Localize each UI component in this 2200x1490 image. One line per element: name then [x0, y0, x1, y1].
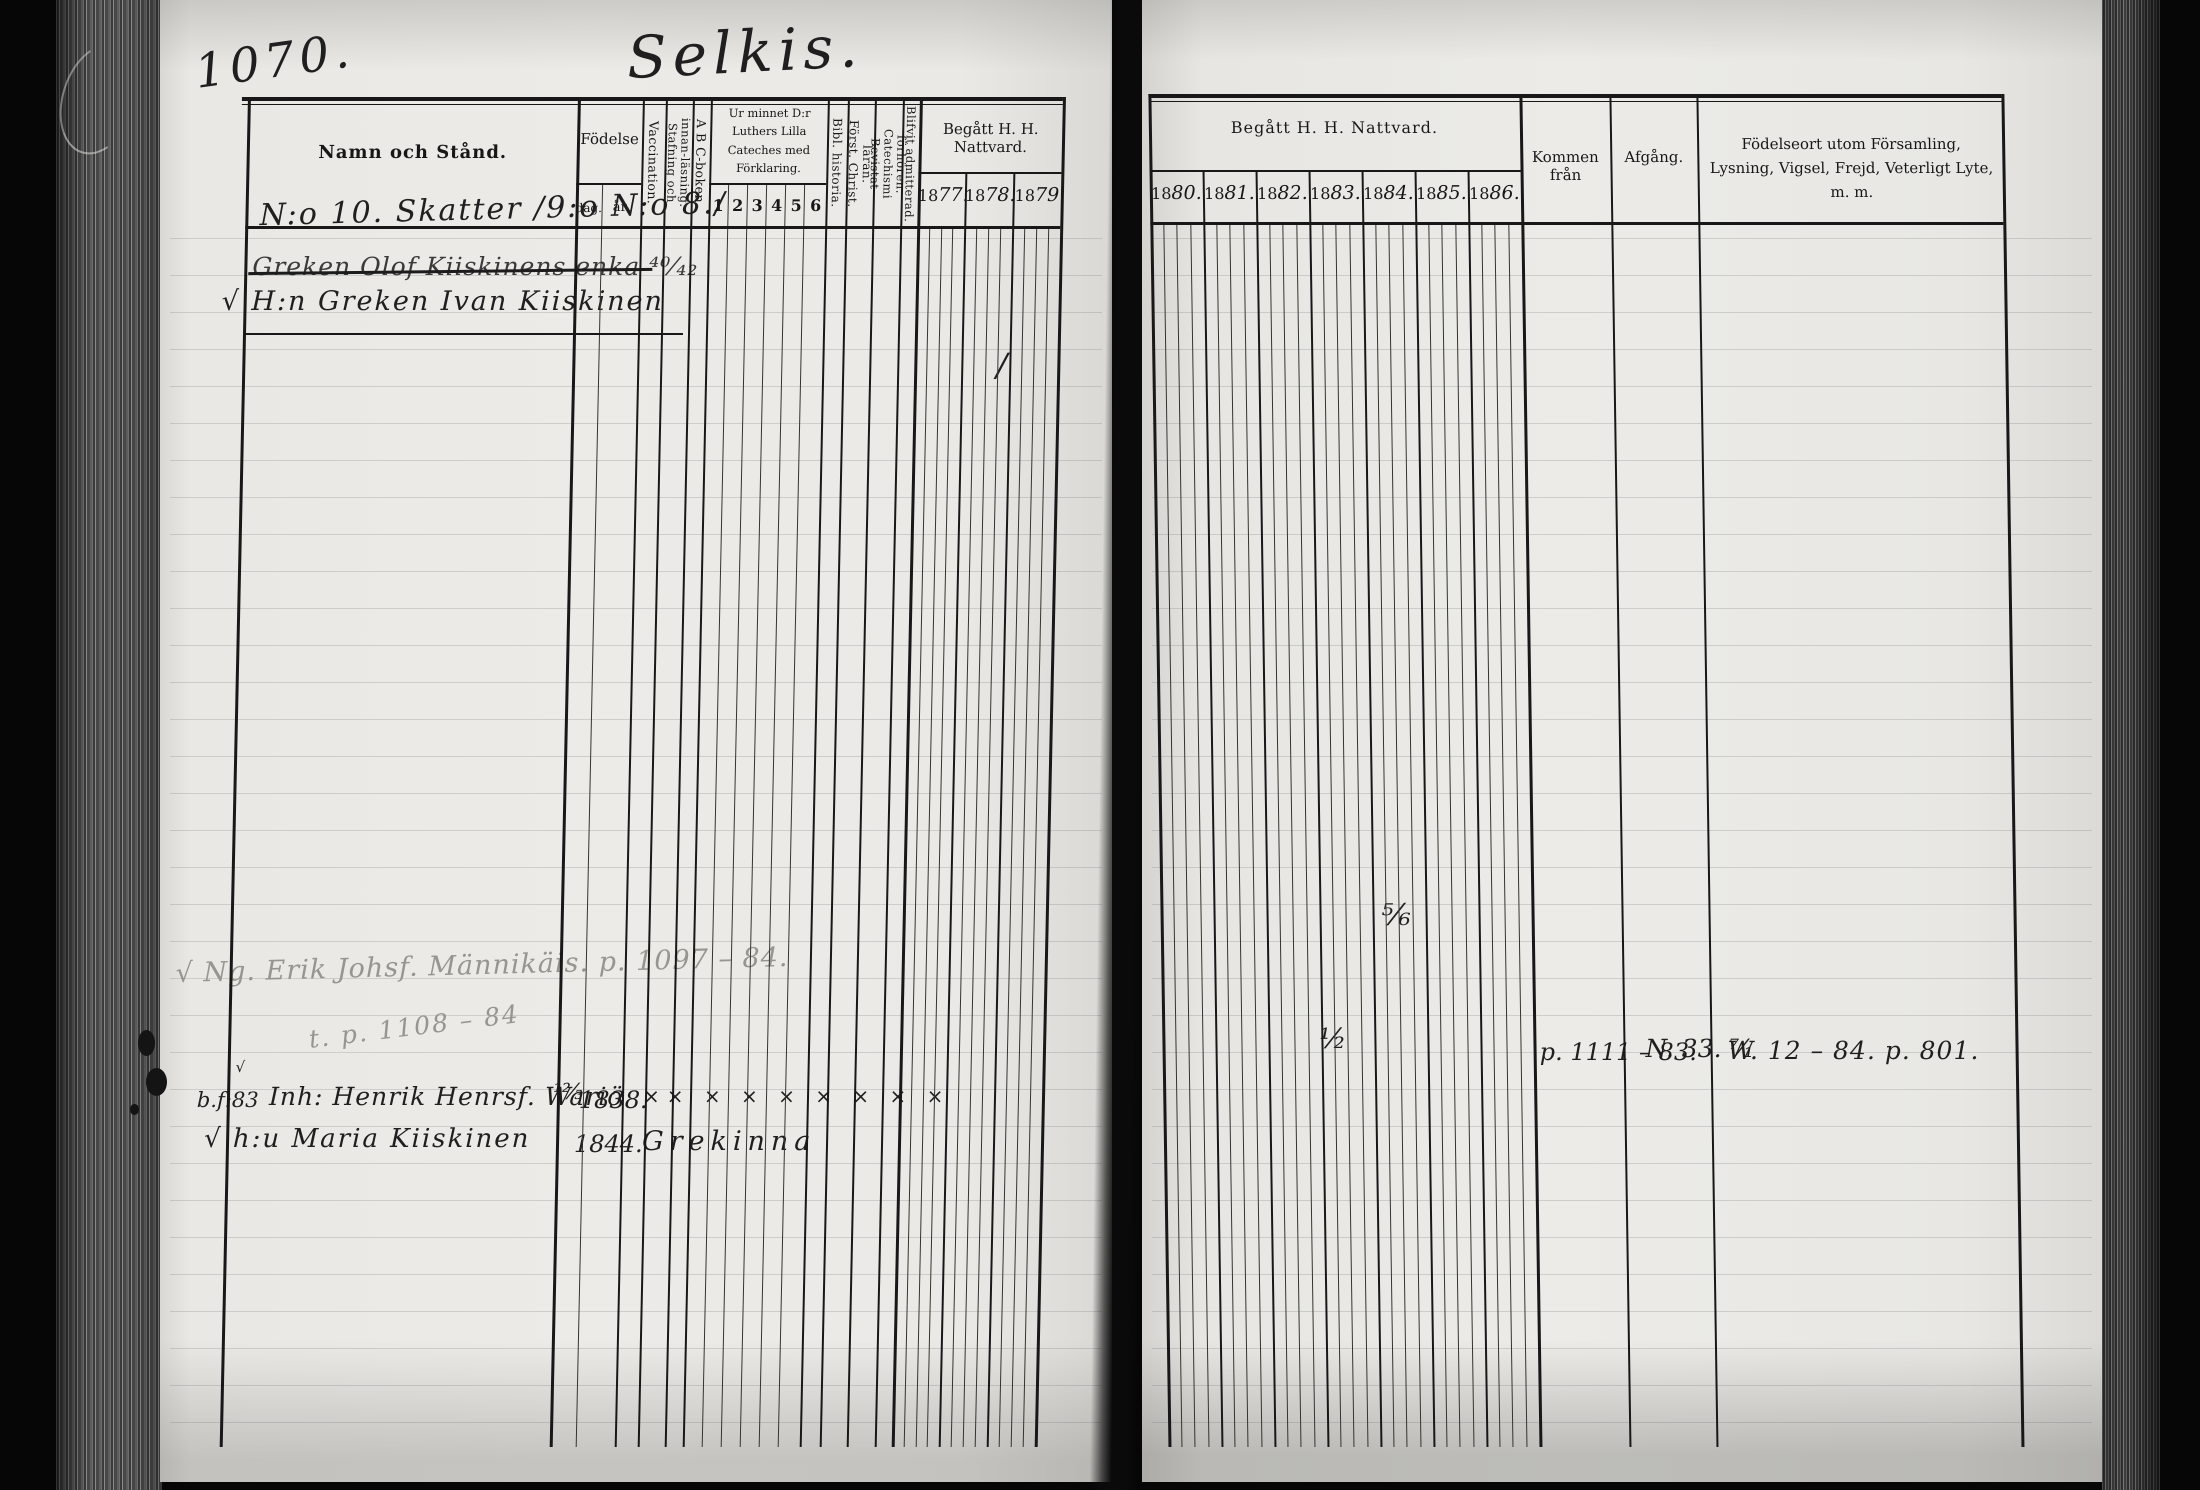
year-header-1883: 1883.	[1309, 182, 1362, 204]
book-page-edges-right	[2102, 0, 2160, 1490]
year-header-1884: 1884.	[1362, 182, 1415, 204]
year-printed: 18	[1204, 184, 1225, 203]
header-fodelseort: Födelseort utom Församling, Lysning, Vig…	[1708, 132, 1995, 204]
year-header-1886: 1886.	[1468, 182, 1521, 204]
year-written: 80.	[1171, 182, 1202, 204]
entry-fodelseort: W. 12 – 84. p. 801.	[1727, 1036, 1979, 1065]
header-nattvard-right: Begått H. H. Nattvard.	[1149, 118, 1520, 137]
year-printed: 18	[1416, 184, 1437, 203]
year-header-1881: 1881.	[1203, 182, 1256, 204]
parish-register-scan: 1070. Selkis. Namn och Stånd. Födelse da…	[0, 0, 2200, 1490]
year-header-1882: 1882.	[1256, 182, 1309, 204]
year-written: 82.	[1277, 182, 1308, 204]
header-afgang: Afgång.	[1610, 148, 1697, 166]
right-table: Begått H. H. Nattvard. Kommen från Afgån…	[0, 0, 2200, 1490]
year-printed: 18	[1363, 184, 1384, 203]
table-column-line	[1696, 94, 1718, 1447]
year-written: 81.	[1224, 182, 1255, 204]
table-column-line	[1148, 94, 1171, 1447]
table-row-line	[1148, 94, 2001, 98]
table-row-line	[1150, 170, 1521, 172]
year-header-1885: 1885.	[1415, 182, 1468, 204]
year-printed: 18	[1469, 184, 1490, 203]
header-kommen-fran: Kommen från	[1520, 148, 1611, 184]
year-written: 86.	[1489, 182, 1520, 204]
table-row-line	[1150, 222, 2003, 225]
year-written: 84.	[1383, 182, 1414, 204]
year-written: 85.	[1436, 182, 1467, 204]
year-printed: 18	[1151, 184, 1172, 203]
year-written: 83.	[1330, 182, 1361, 204]
table-row-line	[1148, 101, 2001, 102]
table-column-line	[2001, 94, 2024, 1447]
year-printed: 18	[1310, 184, 1331, 203]
year-header-1880: 1880.	[1150, 182, 1203, 204]
year-printed: 18	[1257, 184, 1278, 203]
table-column-line	[1609, 94, 1631, 1447]
